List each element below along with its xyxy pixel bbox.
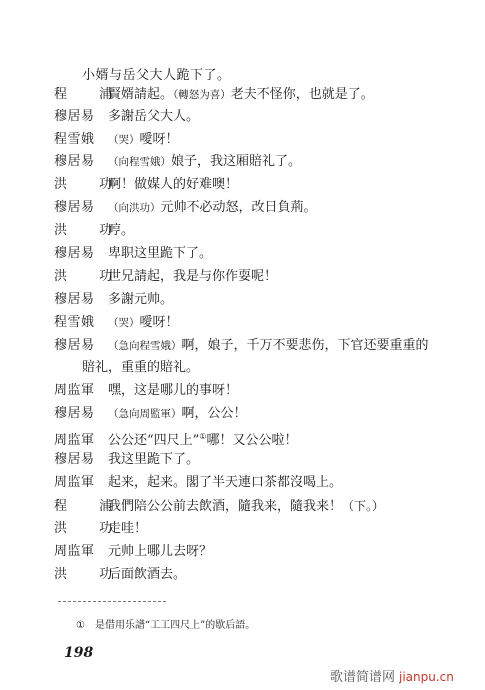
page-number: 198 [64, 645, 93, 661]
dialogue-text: 啊，公公！ [182, 405, 247, 423]
stage-direction: （轉怒为喜） [173, 89, 231, 101]
footnote-mark: ① [76, 620, 85, 631]
dialogue-text: 后面飲酒去。 [108, 566, 186, 584]
dialogue-line: 程 浦我們陪公公前去飲酒，隨我来，隨我来！（下。） [54, 497, 384, 515]
dialogue-text: 娘子，我这厢賠礼了。 [171, 153, 301, 171]
dialogue-line: 洪 功哼。 [54, 222, 134, 240]
speaker-name: 穆居易 [54, 451, 108, 469]
watermark-cn: 歌谱简谱网 [330, 670, 395, 685]
dialogue-text: 世兄請起，我是与你作耍呢！ [108, 268, 277, 286]
dialogue-text-part: 老夫不怪你，也就是了。 [231, 87, 374, 102]
speaker-name: 周监軍 [54, 432, 108, 450]
dialogue-text: 嘿，这是哪儿的事呀！ [108, 382, 238, 400]
dialogue-text: 起来，起来。閣了半天連口茶都沒喝上。 [108, 474, 342, 492]
stage-direction: （哭） [108, 134, 140, 146]
dialogue-line: 穆居易多謝岳父大人。 [54, 108, 199, 126]
dialogue-text: 公公还“四尺上” [108, 432, 199, 450]
speaker-name: 周监軍 [54, 543, 108, 561]
stage-direction: （下。） [342, 499, 384, 513]
speaker-name: 穆居易 [54, 108, 108, 126]
dialogue-line: 穆居易卑职这里跪下了。 [54, 245, 212, 263]
dialogue-line: 洪 功世兄請起，我是与你作耍呢！ [54, 268, 277, 286]
dialogue-text: 噯呀！ [140, 314, 179, 332]
speaker-name: 洪 功 [54, 222, 108, 240]
dialogue-text: 元帅上哪儿去呀？ [108, 543, 212, 561]
dialogue-line: 程雪娥（哭）噯呀！ [54, 314, 179, 332]
dialogue-line: 穆居易（急向程雪娥）啊，娘子，千万不要悲伤，下官还要重重的 [54, 337, 429, 355]
dialogue-continuation: 賠礼，重重的賠礼。 [82, 359, 199, 377]
speaker-name: 穆居易 [54, 337, 108, 355]
footnote: ①是借用乐譜“工工四尺上”的歇后語。 [76, 616, 255, 631]
speaker-name: 洪 功 [54, 520, 108, 538]
speaker-name: 洪 功 [54, 176, 108, 194]
dialogue-text: 卑职这里跪下了。 [108, 245, 212, 263]
stage-direction: （向洪功） [108, 202, 161, 214]
footnote-text: 是借用乐譜“工工四尺上”的歇后語。 [95, 620, 255, 631]
dialogue-text: 走哇！ [108, 520, 147, 538]
dialogue-line: 周监軍公公还“四尺上”①哪！又公公啦！ [54, 428, 297, 446]
stage-direction-intro: 小婿与岳父大人跪下了。 [82, 64, 231, 83]
script-page: 小婿与岳父大人跪下了。 程 浦賢婿請起。（轉怒为喜）老夫不怪你，也就是了。 穆居… [0, 0, 485, 690]
dialogue-line: 周监軍起来，起来。閣了半天連口茶都沒喝上。 [54, 474, 342, 492]
speaker-name: 程 浦 [54, 498, 108, 516]
dialogue-text: 噯呀！ [140, 131, 179, 149]
dialogue-text: 元帅不必动怒，改日負荊。 [161, 199, 317, 217]
watermark: 歌谱简谱网jianpu.cn [330, 666, 454, 685]
stage-direction: （急向周監軍） [108, 408, 182, 420]
stage-direction: （哭） [108, 317, 140, 329]
speaker-name: 穆居易 [54, 153, 108, 171]
dialogue-text: 多謝岳父大人。 [108, 108, 199, 126]
dialogue-text: 啊，娘子，千万不要悲伤，下官还要重重的 [182, 337, 429, 355]
footnote-reference: ① [199, 432, 206, 441]
dialogue-line: 穆居易（向洪功）元帅不必动怒，改日負荊。 [54, 199, 317, 217]
speaker-name: 穆居易 [54, 291, 108, 309]
speaker-name: 穆居易 [54, 245, 108, 263]
speaker-name: 程 浦 [54, 86, 108, 104]
dialogue-line: 程 浦賢婿請起。（轉怒为喜）老夫不怪你，也就是了。 [54, 86, 374, 104]
stage-direction: （急向程雪娥） [108, 340, 182, 352]
dialogue-text: 我們陪公公前去飲酒，隨我来，隨我来！ [108, 498, 342, 516]
dialogue-text-part: 賢婿請起。 [108, 87, 173, 102]
speaker-name: 程雪娥 [54, 131, 108, 149]
dialogue-line: 洪 功后面飲酒去。 [54, 566, 186, 584]
dialogue-line: 程雪娥（哭）噯呀！ [54, 131, 179, 149]
speaker-name: 穆居易 [54, 199, 108, 217]
dialogue-line: 周监軍元帅上哪儿去呀？ [54, 543, 212, 561]
speaker-name: 洪 功 [54, 268, 108, 286]
dialogue-line: 穆居易我这里跪下了。 [54, 451, 199, 469]
dialogue-text: 我这里跪下了。 [108, 451, 199, 469]
speaker-name: 周监軍 [54, 474, 108, 492]
speaker-name: 周监軍 [54, 382, 108, 400]
watermark-latin: jianpu.cn [399, 670, 454, 684]
speaker-name: 穆居易 [54, 405, 108, 423]
dialogue-line: 周监軍嘿，这是哪儿的事呀！ [54, 382, 238, 400]
stage-direction: （向程雪娥） [108, 156, 171, 168]
dialogue-line: 洪 功啊！做媒人的好难噢！ [54, 176, 238, 194]
dialogue-text: 多謝元帅。 [108, 291, 173, 309]
dialogue-line: 穆居易多謝元帅。 [54, 291, 173, 309]
dialogue-text: 哼。 [108, 222, 134, 240]
footnote-divider [58, 598, 166, 602]
dialogue-line: 穆居易（向程雪娥）娘子，我这厢賠礼了。 [54, 153, 301, 171]
dialogue-line: 穆居易（急向周監軍）啊，公公！ [54, 405, 247, 423]
dialogue-text: 賢婿請起。（轉怒为喜）老夫不怪你，也就是了。 [108, 86, 374, 104]
dialogue-text: 啊！做媒人的好难噢！ [108, 176, 238, 194]
dialogue-line: 洪 功走哇！ [54, 520, 147, 538]
dialogue-text-part: 哪！又公公啦！ [206, 432, 297, 450]
speaker-name: 程雪娥 [54, 314, 108, 332]
speaker-name: 洪 功 [54, 566, 108, 584]
